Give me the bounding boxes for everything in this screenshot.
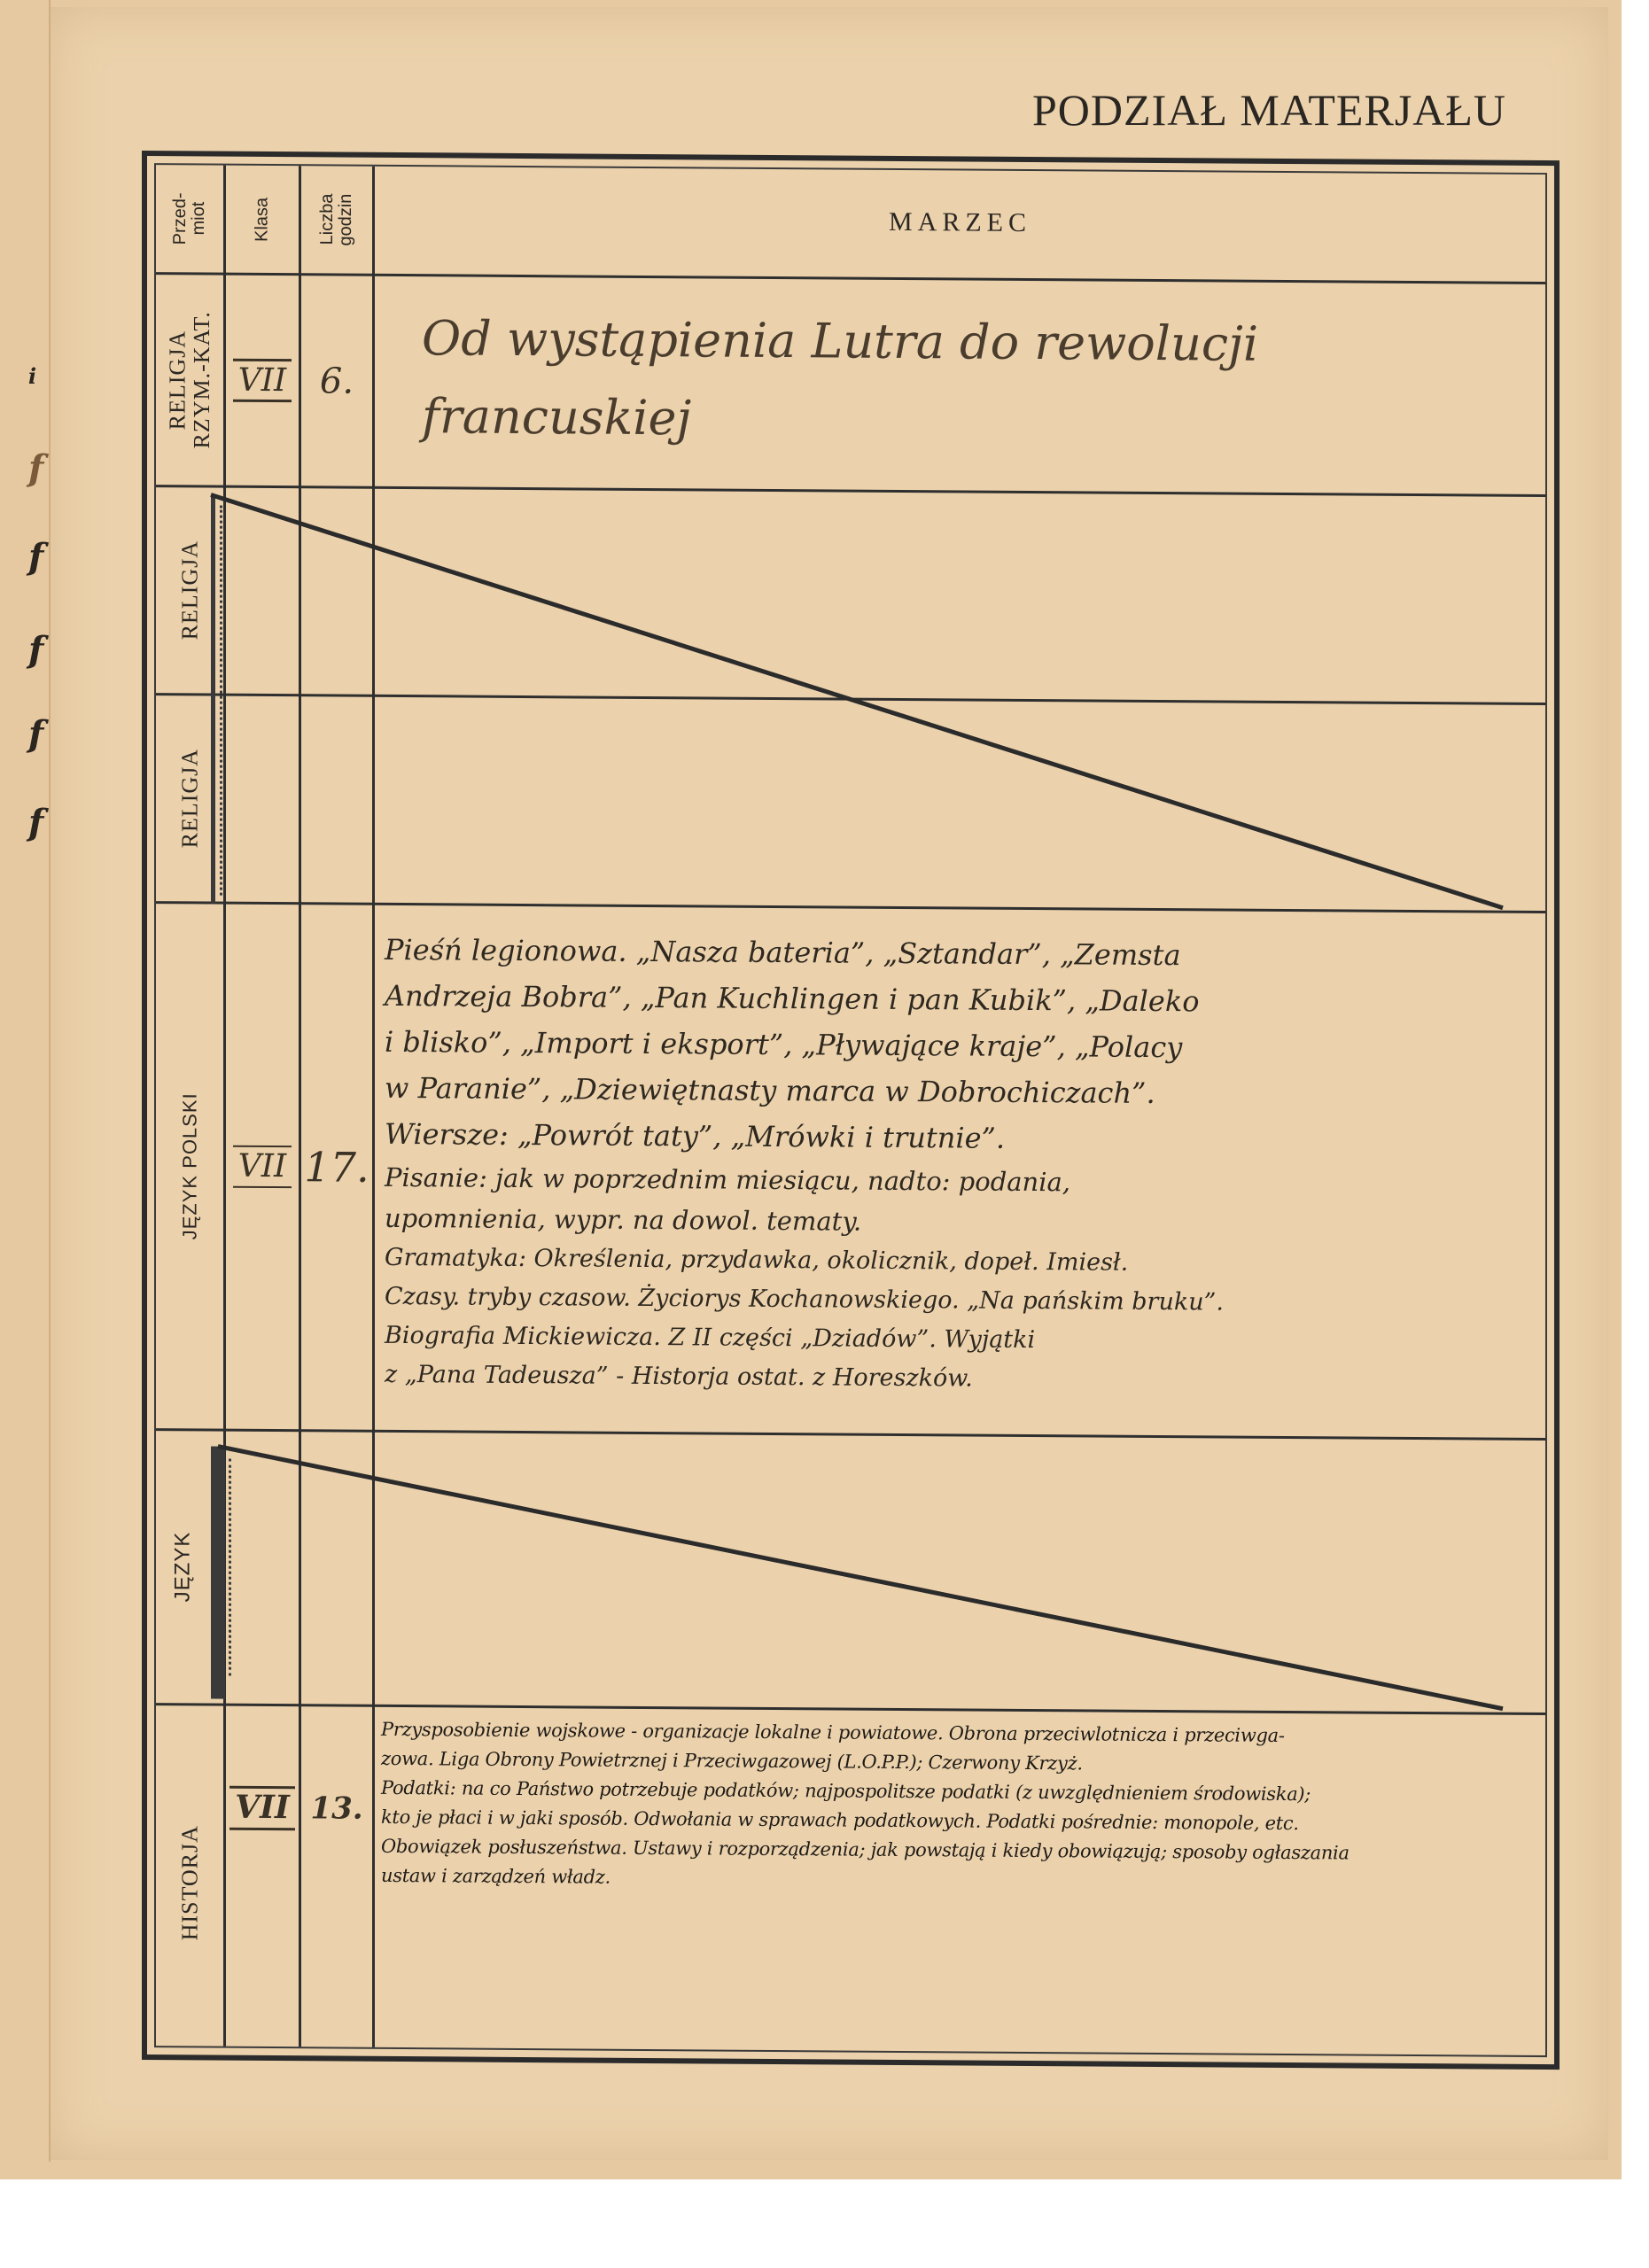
margin-mark: f [28, 447, 43, 489]
row-subject-jezyk-polski: JĘZYK POLSKI [156, 904, 223, 1429]
content-line: z „Pana Tadeusza” - Historja ostat. z Ho… [385, 1355, 1528, 1402]
strike-bracket [211, 1447, 225, 1699]
dotted-line [220, 506, 222, 896]
margin-mark: f [28, 536, 43, 578]
row-divider [156, 485, 1545, 497]
header-month: MARZEC [375, 204, 1545, 242]
row-content-religja: Od wystąpienia Lutra do rewolucji francu… [422, 299, 1529, 463]
row-klasa-cell: VII [226, 1706, 299, 1911]
margin-mark: f [28, 629, 43, 671]
margin-mark: i [28, 363, 36, 389]
column-divider [372, 167, 375, 2047]
row-divider [156, 1428, 1545, 1441]
content-line: i blisko”, „Import i eksport”, „Pływając… [385, 1019, 1528, 1073]
row-content-historja: Przysposobienie wojskowe - organizacje l… [381, 1715, 1533, 1899]
row-content-jezyk-polski: Pieśń legionowa. „Nasza bateria”, „Sztan… [385, 927, 1528, 1402]
row-subject-jezyk: JĘZYK [156, 1431, 209, 1703]
klasa-value: VII [233, 359, 292, 403]
content-line: w Paranie”, „Dziewiętnasty marca w Dobro… [385, 1065, 1528, 1119]
page-title: PODZIAŁ MATERJAŁU [1032, 84, 1506, 136]
margin-mark: f [28, 802, 43, 843]
row-hours-cell: 6. [301, 276, 372, 486]
row-hours-cell: 17. [301, 905, 372, 1430]
material-table: Przed- miot Klasa Liczba godzin MARZEC R… [142, 151, 1560, 2070]
row-subject-historja: HISTORJA [156, 1705, 223, 2061]
klasa-value: VII [233, 1146, 292, 1188]
table-inner-border: Przed- miot Klasa Liczba godzin MARZEC R… [154, 163, 1547, 2057]
margin-mark: f [28, 713, 43, 755]
row-klasa-cell: VII [226, 905, 299, 1430]
hours-value: 6. [320, 361, 354, 401]
strike-diagonal [156, 165, 157, 166]
content-line: Od wystąpienia Lutra do rewolucji [422, 299, 1529, 385]
content-line: francuskiej [422, 377, 1529, 463]
row-klasa-cell: VII [226, 276, 299, 486]
header-hours: Liczba godzin [301, 166, 372, 274]
strike-bracket [211, 496, 215, 904]
hours-value: 17. [304, 1143, 369, 1192]
page-edge [49, 0, 51, 2162]
dotted-line [229, 1459, 231, 1676]
hours-value: 13. [310, 1790, 362, 1826]
row-hours-cell: 13. [301, 1706, 372, 1911]
content-line: Wiersze: „Powrót taty”, „Mrówki i trutni… [385, 1111, 1528, 1165]
row-subject-religja-rzym-kat: RELIGJA RZYM.-KAT. [156, 275, 223, 485]
content-line: Andrzeja Bobra”, „Pan Kuchlingen i pan K… [385, 973, 1528, 1027]
header-klasa: Klasa [226, 166, 299, 274]
header-subject: Przed- miot [156, 165, 223, 273]
klasa-value: VII [229, 1786, 295, 1830]
content-line: Pieśń legionowa. „Nasza bateria”, „Sztan… [385, 927, 1528, 981]
